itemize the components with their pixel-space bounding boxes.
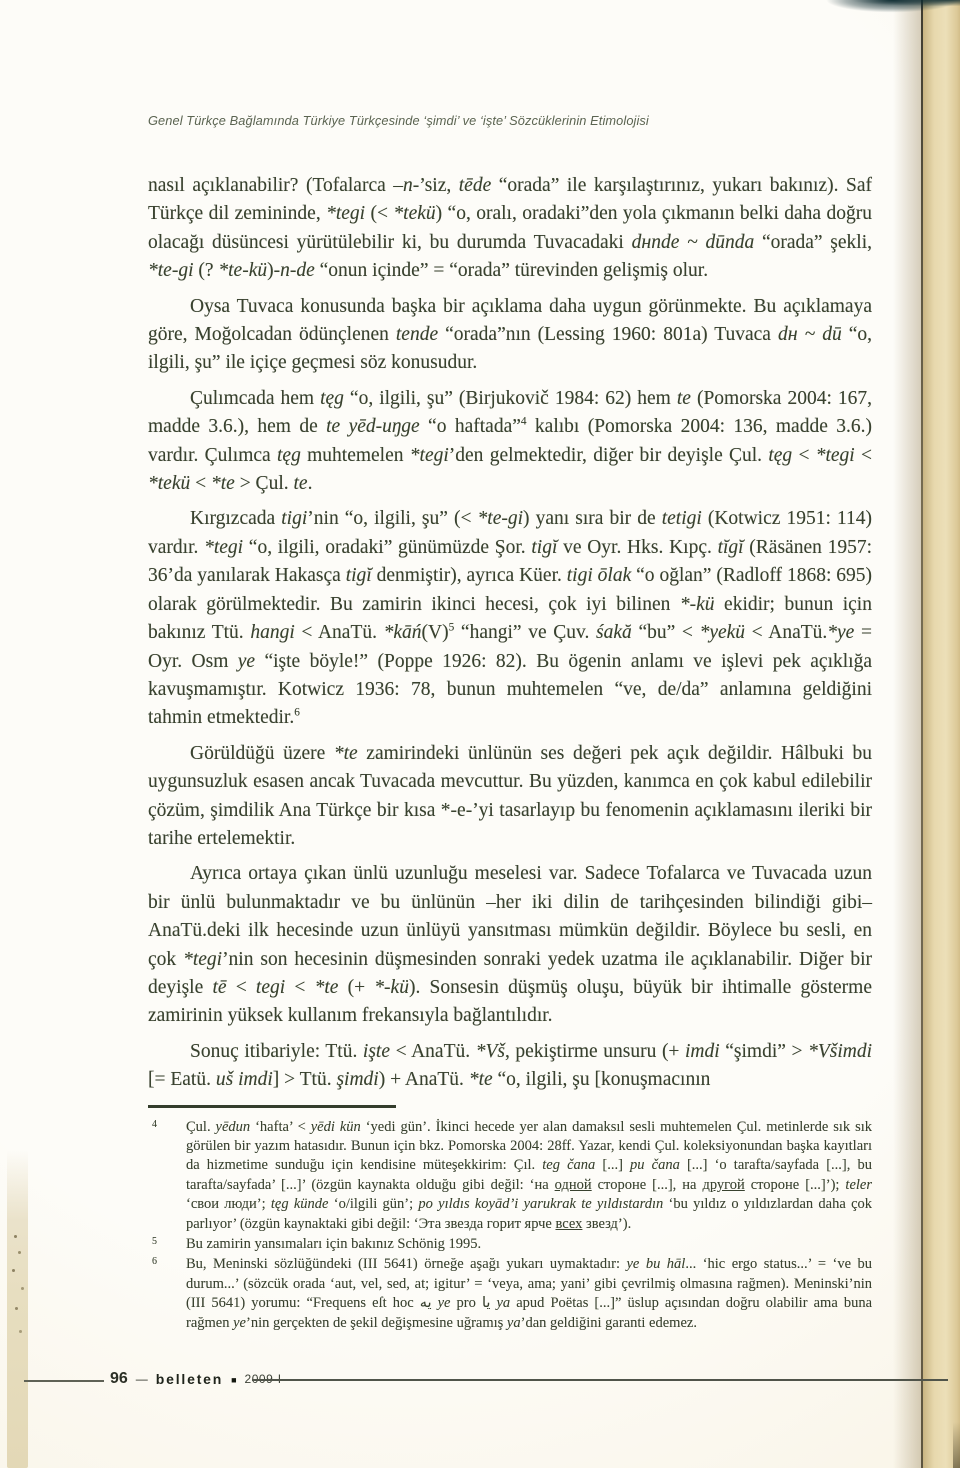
text-segment: tĭgĭ <box>718 537 744 558</box>
text-segment: всех <box>555 1216 582 1232</box>
text-segment: Sonuç itibariyle: Ttü. <box>190 1041 363 1062</box>
footnote-text: Bu, Meninski sözlüğündeki (III 5641) örn… <box>186 1256 872 1330</box>
text-segment: ‘свои люди’; <box>186 1196 271 1212</box>
paragraph: Sonuç itibariyle: Ttü. işte < AnaTü. *Vš… <box>148 1038 872 1095</box>
footnote-6: 6Bu, Meninski sözlüğündeki (III 5641) ör… <box>148 1255 872 1333</box>
text-segment: ve Oyr. Hks. Kıpç. <box>557 537 717 558</box>
text-segment: “hangi” ve Çuv. <box>454 622 596 643</box>
text-segment: звезд’). <box>582 1216 631 1232</box>
text-segment: Kırgızcada <box>190 508 281 529</box>
text-segment: , pekiştirme unsuru (+ <box>505 1041 685 1062</box>
text-segment: ’dan geldiğini garanti edemez. <box>521 1315 697 1331</box>
text-segment: teg čana <box>542 1157 595 1173</box>
footnote-text: Bu zamirin yansımaları için bakınız Schö… <box>186 1236 481 1252</box>
text-segment: tegi <box>256 977 285 998</box>
text-segment: dʜ ~ dū <box>778 324 842 345</box>
text-segment: Çul. <box>186 1119 216 1135</box>
text-segment: dʜnde ~ dūnda <box>632 232 755 253</box>
text-segment: “o, ilgili, şu [konuşmacının <box>493 1069 711 1090</box>
text-segment: *te <box>211 473 235 494</box>
text-segment: tęg künde <box>271 1196 329 1212</box>
footnote-number: 6 <box>152 1252 157 1271</box>
text-segment: *te <box>469 1069 493 1090</box>
text-segment: “orada” şekli, <box>754 232 872 253</box>
text-segment: “o haftada” <box>420 416 521 437</box>
text-segment: [= Eatü. <box>148 1069 216 1090</box>
text-segment: teler <box>845 1177 872 1193</box>
text-segment: ’nin “o, ilgili, şu” (< <box>307 508 477 529</box>
text-segment: *te-gi <box>148 260 193 281</box>
text-segment: tigĭ <box>346 565 372 586</box>
text-segment: po yıldıs koyād’i yarukrak te yıldıstard… <box>418 1196 663 1212</box>
text-segment: hangi <box>250 622 294 643</box>
text-segment: < <box>285 977 314 998</box>
text-segment: śakă <box>596 622 632 643</box>
paragraph: Çulımcada hem tęg “o, ilgili, şu” (Birju… <box>148 385 872 499</box>
text-segment: ‘o/ilgili gün’; <box>329 1196 419 1212</box>
text-segment: denmiştir), ayrıca Küer. <box>372 565 567 586</box>
text-segment: [...] <box>595 1157 630 1173</box>
text-segment: < AnaTü. <box>390 1041 476 1062</box>
text-segment: tigi ōlak <box>567 565 631 586</box>
text-segment: *tegi <box>816 445 855 466</box>
footnote-5: 5Bu zamirin yansımaları için bakınız Sch… <box>148 1235 872 1254</box>
text-segment: *te-kü <box>218 260 267 281</box>
footnote-number: 4 <box>152 1115 157 1134</box>
text-segment: tēde <box>459 175 491 196</box>
text-segment: n- <box>403 175 419 196</box>
journal-name: belleten <box>156 1371 223 1387</box>
text-segment: )- <box>267 260 280 281</box>
text-segment: ya <box>496 1295 510 1311</box>
text-segment: te yēd-uŋge <box>326 416 420 437</box>
text-segment: *tegi <box>410 445 449 466</box>
paragraph: nasıl açıklanabilir? (Tofalarca –n-’siz,… <box>148 172 872 286</box>
text-segment: *-kü <box>374 977 409 998</box>
text-segment: ‘hafta’ < <box>250 1119 311 1135</box>
running-header: Genel Türkçe Bağlamında Türkiye Türkçesi… <box>148 113 788 128</box>
text-segment: tęg <box>277 445 301 466</box>
text-segment: imdi <box>685 1041 720 1062</box>
text-segment: *tegi <box>183 949 222 970</box>
text-segment: pro يا <box>450 1295 496 1311</box>
text-segment: “o, ilgili, şu” (Birjukovič 1984: 62) he… <box>344 388 677 409</box>
text-segment: uš imdi <box>216 1069 273 1090</box>
text-segment: *Všimdi <box>808 1041 872 1062</box>
text-segment: Bu, Meninski sözlüğündeki (III 5641) örn… <box>186 1256 626 1272</box>
footer-left-tick <box>24 1380 104 1382</box>
footer-dash: — <box>136 1372 148 1386</box>
text-segment: ] > Ttü. <box>273 1069 337 1090</box>
text-segment: (V) <box>422 622 449 643</box>
text-segment: tetigi <box>662 508 702 529</box>
text-segment: < <box>855 445 872 466</box>
text-segment: *tekü <box>393 203 435 224</box>
footnote-4: 4Çul. yēdun ‘hafta’ < yēdi kün ‘yedi gün… <box>148 1118 872 1234</box>
scanned-book-page: Genel Türkçe Bağlamında Türkiye Türkçesi… <box>0 0 960 1468</box>
text-segment: < AnaTü. <box>295 622 384 643</box>
text-segment: ye <box>438 1295 451 1311</box>
text-segment: стороне [...], на <box>592 1177 703 1193</box>
text-segment: *kāń <box>384 622 422 643</box>
paragraph: Oysa Tuvaca konusunda başka bir açıklama… <box>148 293 872 378</box>
text-segment: işte <box>363 1041 390 1062</box>
text-segment: ’siz, <box>419 175 458 196</box>
paragraph: Kırgızcada tigi’nin “o, ilgili, şu” (< *… <box>148 505 872 732</box>
text-segment: ’den gelmektedir, diğer bir deyişle Çul. <box>449 445 769 466</box>
text-column: nasıl açıklanabilir? (Tofalarca –n-’siz,… <box>148 172 872 1334</box>
text-segment: *tegi <box>326 203 365 224</box>
text-segment: *tegi <box>204 537 243 558</box>
footnote-separator <box>148 1105 396 1108</box>
text-segment: tęg <box>768 445 792 466</box>
footnotes: 4Çul. yēdun ‘hafta’ < yēdi kün ‘yedi gün… <box>148 1118 872 1333</box>
text-segment: yēdun <box>216 1119 251 1135</box>
text-segment: одной <box>555 1177 592 1193</box>
page-edge-strip <box>923 0 960 1468</box>
text-segment: nasıl açıklanabilir? (Tofalarca – <box>148 175 403 196</box>
text-segment: ye <box>238 651 255 672</box>
text-segment: *ye <box>827 622 854 643</box>
text-segment: . <box>308 473 313 494</box>
text-segment: yēdi kün <box>311 1119 361 1135</box>
paragraph: Ayrıca ortaya çıkan ünlü uzunluğu mesele… <box>148 860 872 1030</box>
text-segment: tęg <box>320 388 344 409</box>
left-page-edge <box>7 1150 28 1468</box>
text-segment: “onun içinde” = “orada” türevinden geliş… <box>315 260 708 281</box>
text-segment: n-de <box>280 260 315 281</box>
text-segment: *tekü <box>148 473 190 494</box>
text-segment: < <box>227 977 256 998</box>
footnote-number: 5 <box>152 1232 157 1251</box>
text-segment: “bu” < <box>632 622 700 643</box>
text-segment: “şimdi” > <box>720 1041 808 1062</box>
text-segment: pu čana <box>630 1157 680 1173</box>
footer-rule <box>252 1379 948 1381</box>
text-segment: < AnaTü. <box>745 622 827 643</box>
text-segment: muhtemelen <box>301 445 410 466</box>
text-segment: > Çul. <box>235 473 294 494</box>
corner-stain <box>810 0 960 20</box>
text-segment: ye bu hāl <box>626 1256 685 1272</box>
text-segment: tigi <box>281 508 307 529</box>
page-fold-shadow <box>893 0 921 1468</box>
text-segment: *te <box>334 743 358 764</box>
text-segment: < <box>190 473 211 494</box>
text-segment: *te-gi <box>478 508 523 529</box>
text-segment: другой <box>702 1177 744 1193</box>
text-segment: ) + AnaTü. <box>379 1069 469 1090</box>
text-segment: стороне [...]’); <box>745 1177 846 1193</box>
text-segment: “işte böyle!” (Poppe 1926: 82). Bu ögeni… <box>148 651 872 729</box>
edge-dark-mark <box>953 1422 960 1468</box>
page-number: 96 <box>110 1370 128 1388</box>
text-segment: *yekü <box>700 622 745 643</box>
text-segment: “o, ilgili, oradaki” günümüzde Şor. <box>243 537 531 558</box>
footnote-text: Çul. yēdun ‘hafta’ < yēdi kün ‘yedi gün’… <box>186 1119 872 1232</box>
text-segment: *Vš <box>476 1041 505 1062</box>
text-segment: Çulımcada hem <box>190 388 320 409</box>
text-segment: ) yanı sıra bir de <box>523 508 662 529</box>
text-segment: “orada”nın (Lessing 1960: 801a) Tuvaca <box>438 324 778 345</box>
text-segment: şimdi <box>336 1069 378 1090</box>
footnote-ref: 6 <box>294 707 300 719</box>
text-segment: (< <box>365 203 393 224</box>
text-segment: (+ <box>338 977 374 998</box>
text-segment: Görüldüğü üzere <box>190 743 334 764</box>
text-segment: < <box>792 445 816 466</box>
text-segment: ya <box>507 1315 521 1331</box>
text-segment: *te <box>315 977 339 998</box>
text-segment: *-kü <box>680 594 715 615</box>
text-segment: ye <box>233 1315 246 1331</box>
text-segment: Bu zamirin yansımaları için bakınız Schö… <box>186 1236 481 1252</box>
body-text: nasıl açıklanabilir? (Tofalarca –n-’siz,… <box>148 172 872 1095</box>
text-segment: te <box>677 388 691 409</box>
text-segment: ’nin gerçekten de şekil değişmesine uğra… <box>246 1315 507 1331</box>
paragraph: Görüldüğü üzere *te zamirindeki ünlünün … <box>148 740 872 854</box>
text-segment: tigĭ <box>531 537 557 558</box>
text-segment: tende <box>396 324 438 345</box>
text-segment: (? <box>193 260 218 281</box>
text-segment: tē <box>212 977 226 998</box>
text-segment: te <box>293 473 307 494</box>
journal-square-icon: ■ <box>231 1375 236 1385</box>
